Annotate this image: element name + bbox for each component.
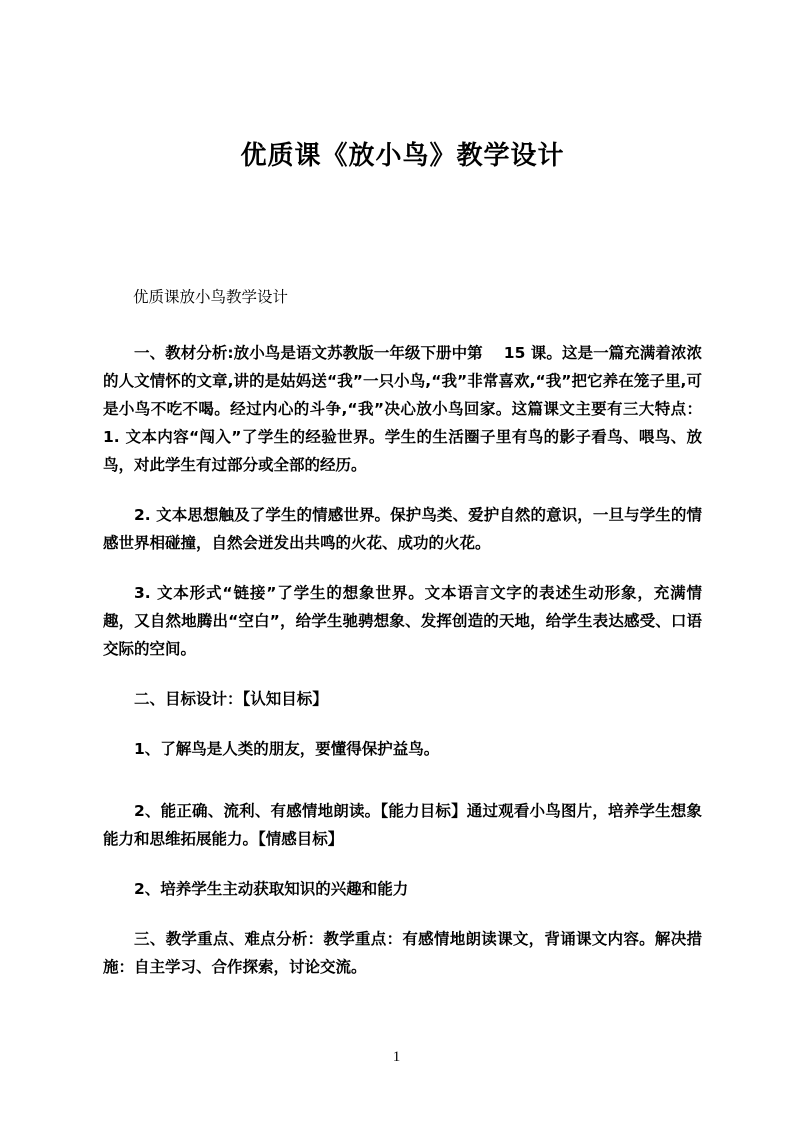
paragraph-goal-design-heading: 二、目标设计：【认知目标】 bbox=[103, 685, 702, 713]
paragraph-goal-2: 2、能正确、流利、有感情地朗读。【能力目标】通过观看小鸟图片，培养学生想象能力和… bbox=[103, 797, 702, 853]
paragraph-goal-emotion-2: 2、培养学生主动获取知识的兴趣和能力 bbox=[103, 875, 702, 903]
paragraph-teaching-focus: 三、教学重点、难点分析：教学重点：有感情地朗读课文，背诵课文内容。解决措施：自主… bbox=[103, 925, 702, 981]
document-page: 优质课《放小鸟》教学设计 优质课放小鸟教学设计 一、教材分析:放小鸟是语文苏教版… bbox=[0, 0, 793, 1122]
paragraph-material-analysis: 一、教材分析:放小鸟是语文苏教版一年级下册中第 15 课。这是一篇充满着浓浓的人… bbox=[103, 339, 702, 479]
document-subtitle: 优质课放小鸟教学设计 bbox=[103, 283, 702, 311]
document-body: 优质课《放小鸟》教学设计 优质课放小鸟教学设计 一、教材分析:放小鸟是语文苏教版… bbox=[103, 0, 702, 981]
document-title: 优质课《放小鸟》教学设计 bbox=[103, 141, 702, 171]
paragraph-goal-1: 1、了解鸟是人类的朋友，要懂得保护益鸟。 bbox=[103, 735, 702, 763]
paragraph-point-2: 2. 文本思想触及了学生的情感世界。保护鸟类、爱护自然的意识，一旦与学生的情感世… bbox=[103, 501, 702, 557]
page-number: 1 bbox=[0, 1046, 793, 1068]
paragraph-point-3: 3. 文本形式“链接”了学生的想象世界。文本语言文字的表述生动形象，充满情趣，又… bbox=[103, 579, 702, 663]
